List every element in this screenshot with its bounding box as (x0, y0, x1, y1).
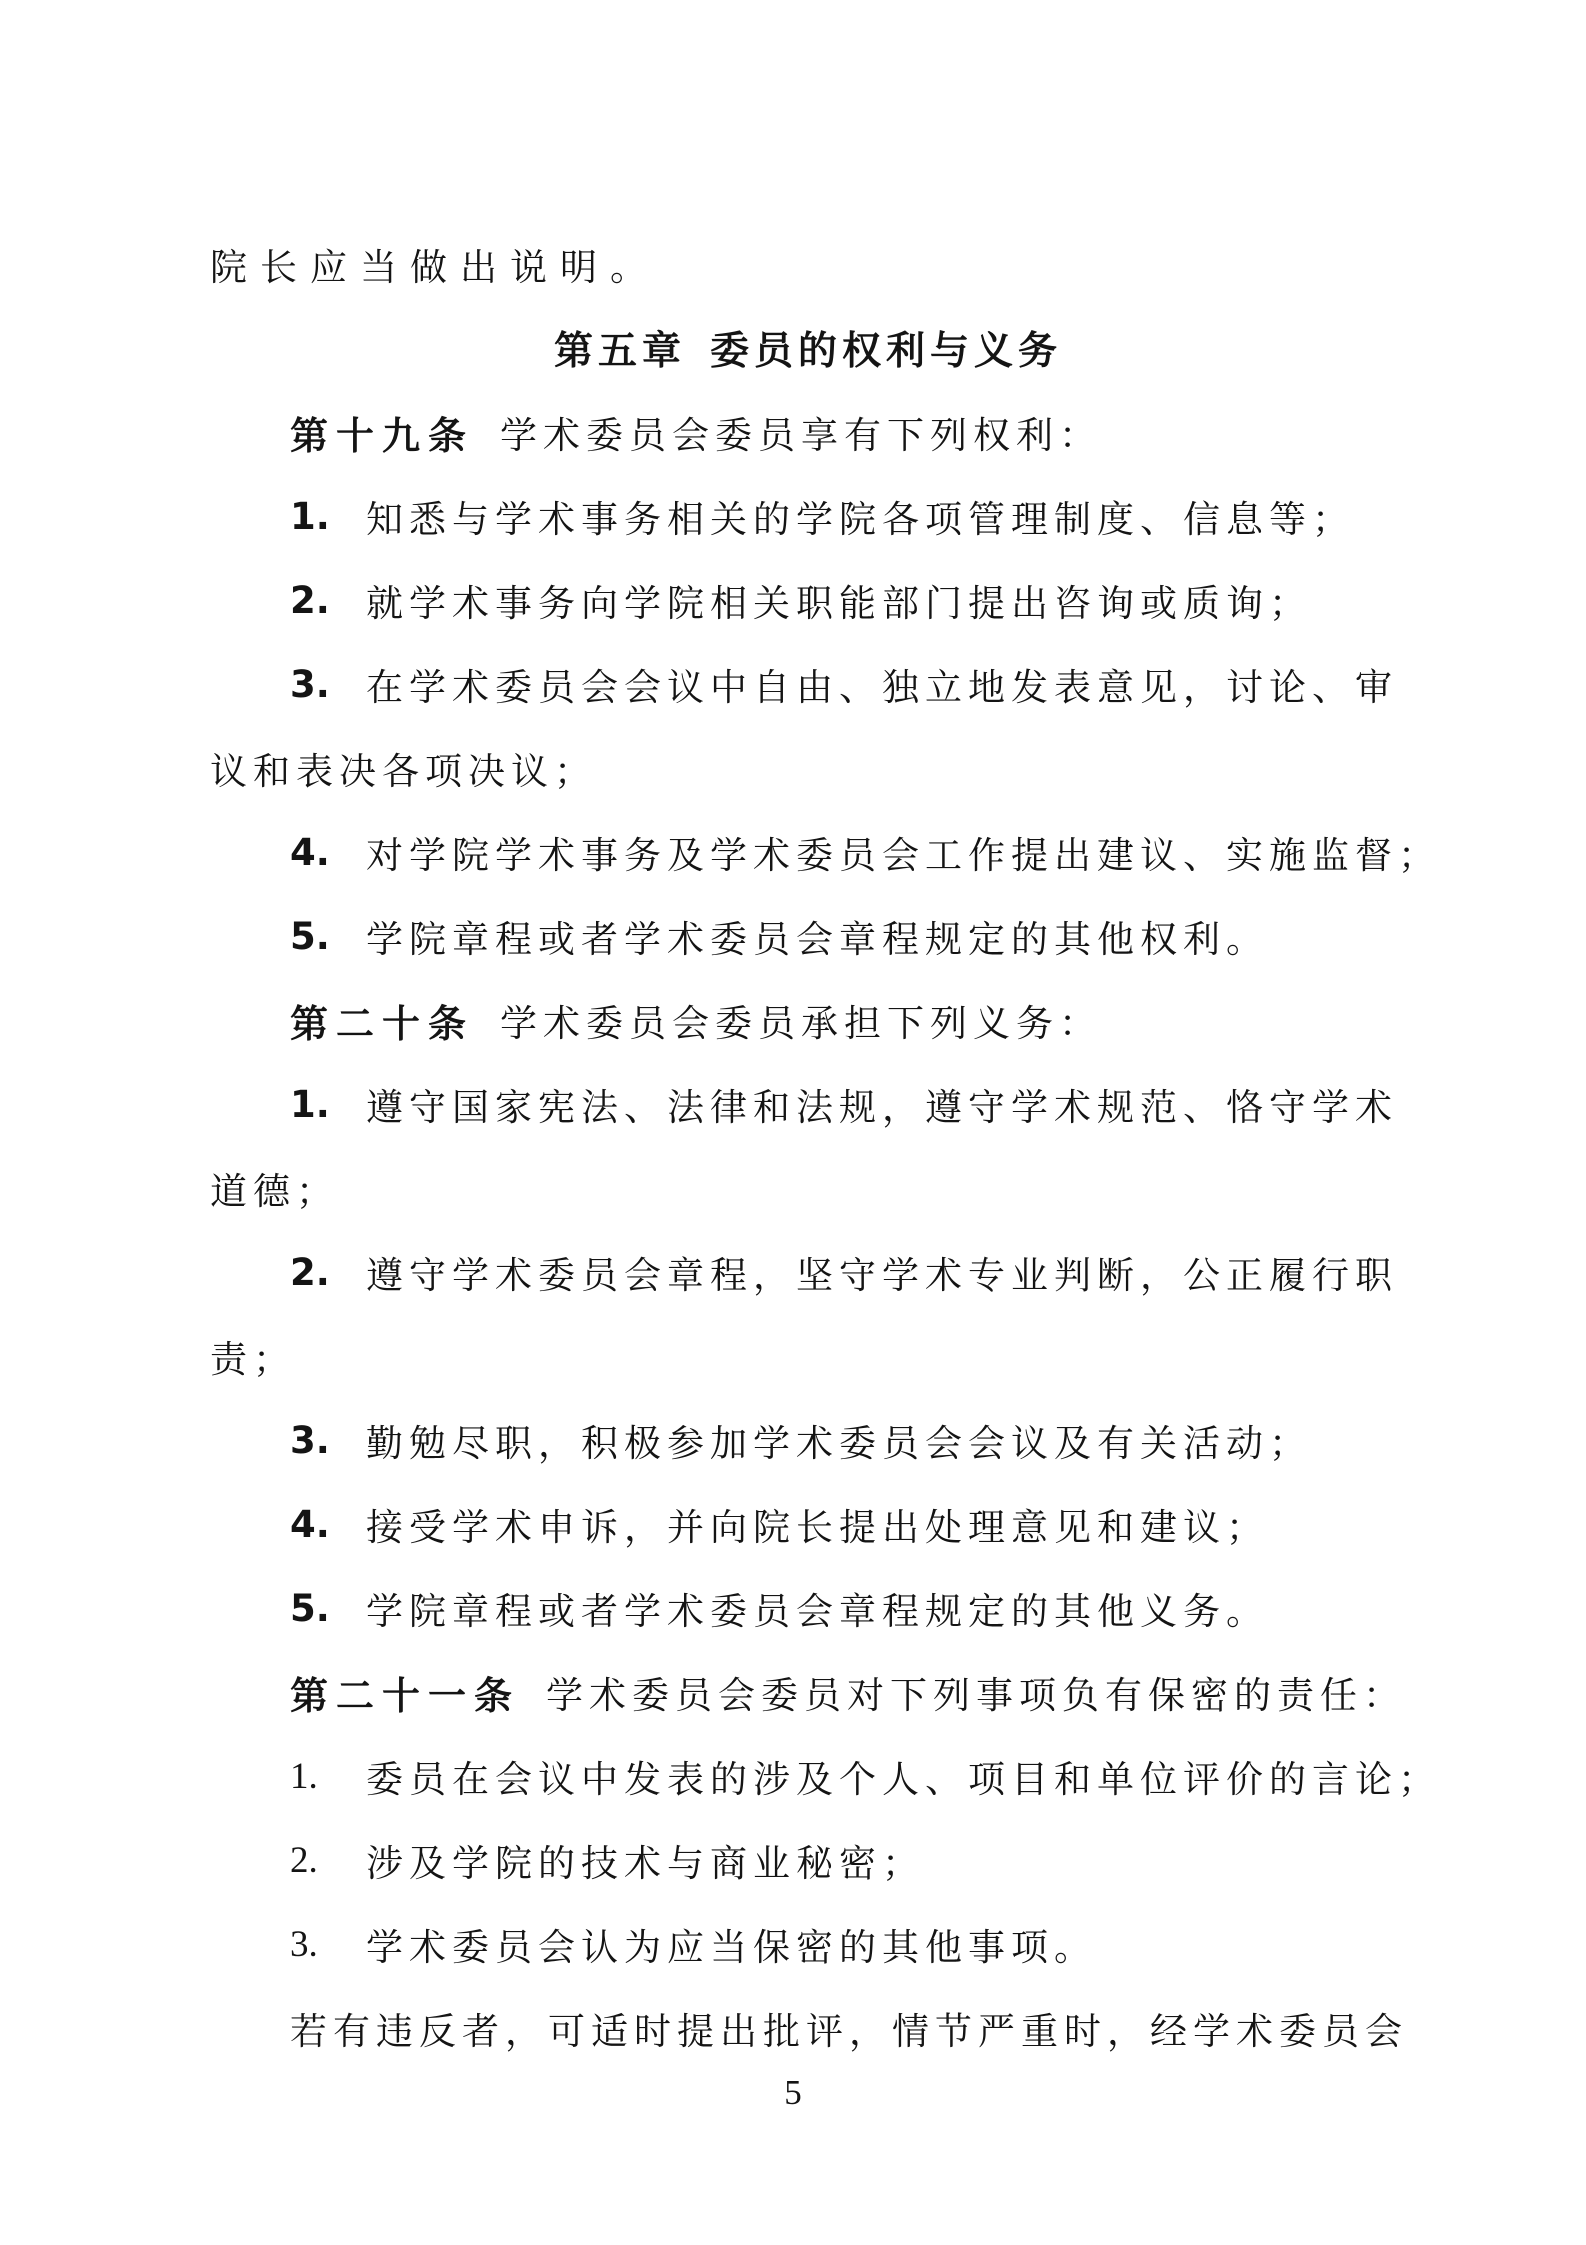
chapter-heading: 第五章 委员的权利与义务 (210, 306, 1406, 390)
list-item-line: 2. 就学术事务向学院相关职能部门提出咨询或质询； (210, 558, 1406, 642)
line-text: 接受学术申诉，并向院长提出处理意见和建议； (366, 1497, 1269, 1551)
line-text: 涉及学院的技术与商业秘密； (366, 1833, 925, 1887)
article-label: 第十九条 (290, 405, 474, 460)
item-number: 2. (290, 579, 366, 622)
list-item-line: 3. 在学术委员会会议中自由、独立地发表意见，讨论、审 (210, 642, 1406, 726)
chapter-number: 第五章 (554, 320, 686, 376)
item-number: 1. (290, 1755, 366, 1798)
item-number: 3. (290, 663, 366, 706)
list-item-line: 2. 涉及学院的技术与商业秘密； (210, 1818, 1406, 1902)
line-text: 就学术事务向学院相关职能部门提出咨询或质询； (366, 573, 1312, 627)
list-item-line: 4. 接受学术申诉，并向院长提出处理意见和建议； (210, 1482, 1406, 1566)
line-text: 学院章程或者学术委员会章程规定的其他权利。 (366, 909, 1269, 963)
list-item-line: 3. 勤勉尽职，积极参加学术委员会会议及有关活动； (210, 1398, 1406, 1482)
article-21-heading-line: 第二十一条 学术委员会委员对下列事项负有保密的责任： (210, 1650, 1406, 1734)
document-page: 院长应当做出说明。 第五章 委员的权利与义务 第十九条 学术委员会委员享有下列权… (0, 0, 1586, 2245)
list-item-line: 3. 学术委员会认为应当保密的其他事项。 (210, 1902, 1406, 1986)
item-number: 4. (290, 1503, 366, 1546)
item-number: 5. (290, 915, 366, 958)
list-item-line: 1. 知悉与学术事务相关的学院各项管理制度、信息等； (210, 474, 1406, 558)
list-item-line: 4. 对学院学术事务及学术委员会工作提出建议、实施监督； (210, 810, 1406, 894)
line-text: 对学院学术事务及学术委员会工作提出建议、实施监督； (366, 825, 1441, 879)
line-text: 遵守国家宪法、法律和法规，遵守学术规范、恪守学术 (366, 1077, 1398, 1131)
document-body: 院长应当做出说明。 第五章 委员的权利与义务 第十九条 学术委员会委员享有下列权… (210, 222, 1406, 2070)
item-number: 2. (290, 1839, 366, 1882)
line-text: 学术委员会认为应当保密的其他事项。 (366, 1917, 1097, 1971)
line-text: 知悉与学术事务相关的学院各项管理制度、信息等； (366, 489, 1355, 543)
article-19-heading-line: 第十九条 学术委员会委员享有下列权利： (210, 390, 1406, 474)
list-item-line: 2. 遵守学术委员会章程，坚守学术专业判断，公正履行职 (210, 1230, 1406, 1314)
line-text: 院长应当做出说明。 (210, 237, 660, 291)
line-text: 学术委员会委员享有下列权利： (500, 405, 1102, 459)
item-number: 1. (290, 1083, 366, 1126)
page-number-text: 5 (784, 2073, 802, 2113)
list-item-line: 1. 遵守国家宪法、法律和法规，遵守学术规范、恪守学术 (210, 1062, 1406, 1146)
item-number: 5. (290, 1587, 366, 1630)
line-text: 学院章程或者学术委员会章程规定的其他义务。 (366, 1581, 1269, 1635)
paragraph-continuation-line: 院长应当做出说明。 (210, 222, 1406, 306)
list-item-line: 5. 学院章程或者学术委员会章程规定的其他权利。 (210, 894, 1406, 978)
line-text: 勤勉尽职，积极参加学术委员会会议及有关活动； (366, 1413, 1312, 1467)
line-text: 道德； (210, 1161, 339, 1215)
line-text: 责； (210, 1329, 296, 1383)
line-text: 议和表决各项决议； (210, 741, 597, 795)
list-item-line: 5. 学院章程或者学术委员会章程规定的其他义务。 (210, 1566, 1406, 1650)
paragraph-continuation-line: 责； (210, 1314, 1406, 1398)
line-text: 遵守学术委员会章程，坚守学术专业判断，公正履行职 (366, 1245, 1398, 1299)
item-number: 2. (290, 1251, 366, 1294)
item-number: 1. (290, 495, 366, 538)
line-text: 在学术委员会会议中自由、独立地发表意见，讨论、审 (366, 657, 1398, 711)
line-text: 学术委员会委员对下列事项负有保密的责任： (546, 1665, 1406, 1719)
article-20-heading-line: 第二十条 学术委员会委员承担下列义务： (210, 978, 1406, 1062)
page-number: 5 (0, 2058, 1586, 2128)
paragraph-continuation-line: 议和表决各项决议； (210, 726, 1406, 810)
item-number: 3. (290, 1419, 366, 1462)
list-item-line: 1. 委员在会议中发表的涉及个人、项目和单位评价的言论； (210, 1734, 1406, 1818)
line-text: 委员在会议中发表的涉及个人、项目和单位评价的言论； (366, 1749, 1441, 1803)
line-text: 若有违反者，可适时提出批评，情节严重时，经学术委员会 (290, 2001, 1408, 2055)
paragraph-continuation-line: 道德； (210, 1146, 1406, 1230)
article-label: 第二十条 (290, 993, 474, 1048)
item-number: 4. (290, 831, 366, 874)
line-text: 学术委员会委员承担下列义务： (500, 993, 1102, 1047)
chapter-title: 委员的权利与义务 (710, 320, 1062, 376)
item-number: 3. (290, 1923, 366, 1966)
article-label: 第二十一条 (290, 1665, 520, 1720)
